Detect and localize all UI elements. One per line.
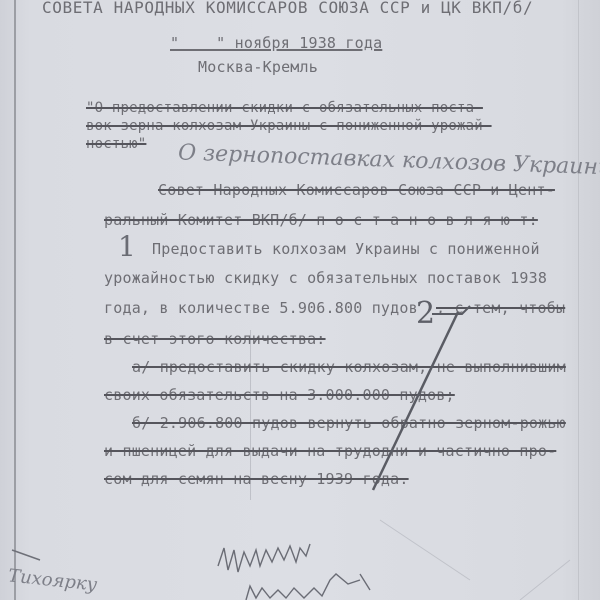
diagonal-strike-stroke: [373, 312, 458, 490]
signature-1-stroke: [218, 544, 310, 572]
signature-2-stroke: [246, 574, 360, 600]
faint-pencil-mark: [380, 520, 470, 580]
handwriting-overlay: [0, 0, 600, 600]
margin-tick-stroke: [12, 550, 40, 560]
strike-hook-stroke: [432, 306, 470, 314]
faint-pencil-mark: [520, 560, 570, 600]
